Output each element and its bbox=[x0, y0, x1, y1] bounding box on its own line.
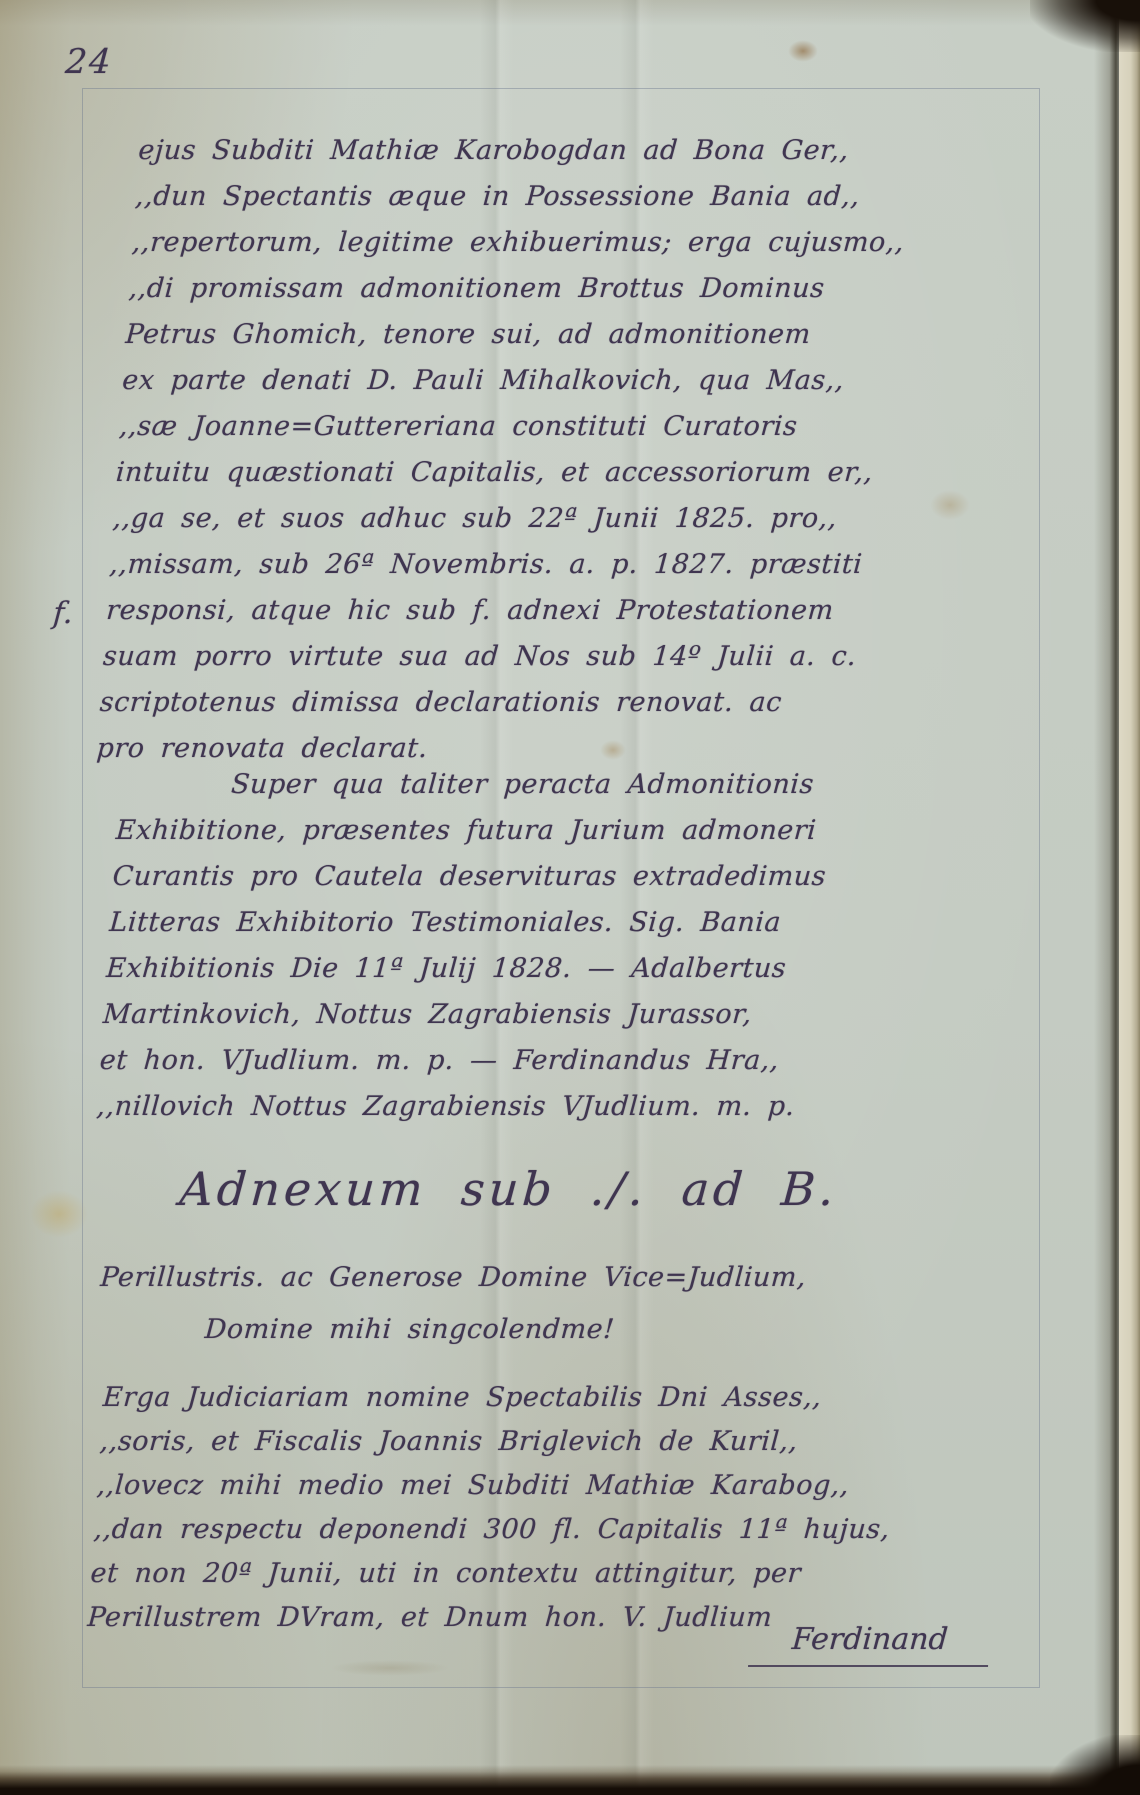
margin-note: f. bbox=[52, 596, 74, 631]
manuscript-line: Curantis pro Cautela deservituras extrad… bbox=[111, 854, 1064, 900]
paper-stain bbox=[30, 1190, 88, 1238]
binding-corner-dark bbox=[1030, 0, 1140, 52]
manuscript-line: Litteras Exhibitorio Testimoniales. Sig.… bbox=[108, 900, 1061, 946]
manuscript-line: ,,soris, et Fiscalis Joannis Briglevich … bbox=[98, 1420, 1051, 1464]
manuscript-line: intuitu quæstionati Capitalis, et access… bbox=[114, 450, 1067, 496]
bottom-page-edge-dark bbox=[0, 1765, 1140, 1795]
manuscript-line: Super qua taliter peracta Admonitionis bbox=[118, 762, 1071, 808]
page-number: 24 bbox=[64, 42, 114, 82]
manuscript-line: Exhibitione, præsentes futura Jurium adm… bbox=[114, 808, 1067, 854]
manuscript-line: ejus Subditi Mathiæ Karobogdan ad Bona G… bbox=[137, 128, 1090, 174]
manuscript-line: Exhibitionis Die 11ª Julij 1828. — Adalb… bbox=[105, 946, 1058, 992]
manuscript-page-scan: 24 ejus Subditi Mathiæ Karobogdan ad Bon… bbox=[0, 0, 1140, 1795]
manuscript-line: Perillustris. ac Generose Domine Vice=Ju… bbox=[99, 1252, 1053, 1304]
manuscript-line: ,,di promissam admonitionem Brottus Domi… bbox=[127, 266, 1080, 312]
paper-stain bbox=[788, 40, 818, 62]
manuscript-line: Erga Judiciariam nomine Spectabilis Dni … bbox=[101, 1376, 1054, 1420]
manuscript-line: Domine mihi singcolendme! bbox=[95, 1304, 1049, 1356]
manuscript-line: suam porro virtute sua ad Nos sub 14º Ju… bbox=[101, 634, 1054, 680]
manuscript-line: responsi, atque hic sub f. adnexi Protes… bbox=[105, 588, 1058, 634]
annex-heading: Adnexum sub ./. ad B. bbox=[178, 1162, 840, 1216]
manuscript-line: ,,dun Spectantis æque in Possessione Ban… bbox=[134, 174, 1087, 220]
signature-underlined: Ferdinand bbox=[748, 1622, 991, 1667]
bottom-right-corner-dark bbox=[1050, 1735, 1140, 1795]
paragraph-3: Erga Judiciariam nomine Spectabilis Dni … bbox=[86, 1376, 1054, 1640]
paragraph-2: Super qua taliter peracta AdmonitionisEx… bbox=[95, 762, 1071, 1130]
manuscript-line: ,,sæ Joanne=Guttereriana constituti Cura… bbox=[118, 404, 1071, 450]
manuscript-line: ,,dan respectu deponendi 300 fl. Capital… bbox=[92, 1508, 1045, 1552]
manuscript-line: scriptotenus dimissa declarationis renov… bbox=[98, 680, 1051, 726]
manuscript-line: Martinkovich, Nottus Zagrabiensis Jurass… bbox=[101, 992, 1054, 1038]
manuscript-line: ,,nillovich Nottus Zagrabiensis VJudlium… bbox=[95, 1084, 1048, 1130]
salutation: Perillustris. ac Generose Domine Vice=Ju… bbox=[95, 1252, 1052, 1356]
manuscript-line: Petrus Ghomich, tenore sui, ad admonitio… bbox=[124, 312, 1077, 358]
manuscript-line: et non 20ª Junii, uti in contextu atting… bbox=[89, 1552, 1042, 1596]
manuscript-line: ex parte denati D. Pauli Mihalkovich, qu… bbox=[121, 358, 1074, 404]
page-fold-shadow bbox=[1094, 0, 1122, 1795]
manuscript-line: ,,missam, sub 26ª Novembris. a. p. 1827.… bbox=[108, 542, 1061, 588]
manuscript-line: et hon. VJudlium. m. p. — Ferdinandus Hr… bbox=[98, 1038, 1051, 1084]
manuscript-line: ,,repertorum, legitime exhibuerimus; erg… bbox=[130, 220, 1083, 266]
paragraph-1: ejus Subditi Mathiæ Karobogdan ad Bona G… bbox=[95, 128, 1090, 772]
manuscript-line: ,,lovecz mihi medio mei Subditi Mathiæ K… bbox=[95, 1464, 1048, 1508]
manuscript-line: ,,ga se, et suos adhuc sub 22ª Junii 182… bbox=[111, 496, 1064, 542]
next-page-edge bbox=[1119, 0, 1140, 1795]
